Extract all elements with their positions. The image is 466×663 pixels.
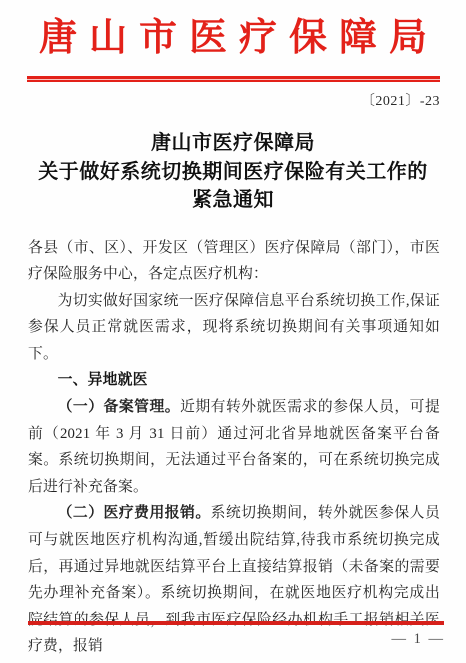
masthead: 唐山市医疗保障局 <box>0 0 466 61</box>
item-1-lead: （一）备案管理。 <box>58 399 180 415</box>
header-divider <box>27 76 440 82</box>
doc-title-line-2: 关于做好系统切换期间医疗保险有关工作的 <box>0 158 466 187</box>
document-page: 唐山市医疗保障局 〔2021〕-23 唐山市医疗保障局 关于做好系统切换期间医疗… <box>0 0 466 663</box>
masthead-title: 唐山市医疗保障局 <box>0 15 466 61</box>
footer-divider <box>28 621 444 625</box>
doc-title-line-1: 唐山市医疗保障局 <box>0 129 466 158</box>
salutation-paragraph: 各县（市、区）、开发区（管理区）医疗保障局（部门），市医疗保险服务中心，各定点医… <box>28 235 440 288</box>
section-1-heading: 一、异地就医 <box>28 367 440 394</box>
intro-paragraph: 为切实做好国家统一医疗保障信息平台系统切换工作,保证参保人员正常就医需求，现将系… <box>28 288 440 368</box>
item-2-paragraph: （二）医疗费用报销。系统切换期间，转外就医参保人员可与就医地医疗机构沟通,暂缓出… <box>28 500 440 660</box>
body-text: 各县（市、区）、开发区（管理区）医疗保障局（部门），市医疗保险服务中心，各定点医… <box>0 235 466 661</box>
item-1-paragraph: （一）备案管理。近期有转外就医需求的参保人员，可提前（2021 年 3 月 31… <box>28 394 440 500</box>
doc-title: 唐山市医疗保障局 关于做好系统切换期间医疗保险有关工作的 紧急通知 <box>0 129 466 215</box>
doc-number: 〔2021〕-23 <box>0 93 466 111</box>
page-number: — 1 — <box>392 631 446 648</box>
item-2-lead: （二）医疗费用报销。 <box>58 505 211 521</box>
item-2-text: 系统切换期间，转外就医参保人员可与就医地医疗机构沟通,暂缓出院结算,待我市系统切… <box>28 505 440 654</box>
doc-title-line-3: 紧急通知 <box>0 186 466 215</box>
